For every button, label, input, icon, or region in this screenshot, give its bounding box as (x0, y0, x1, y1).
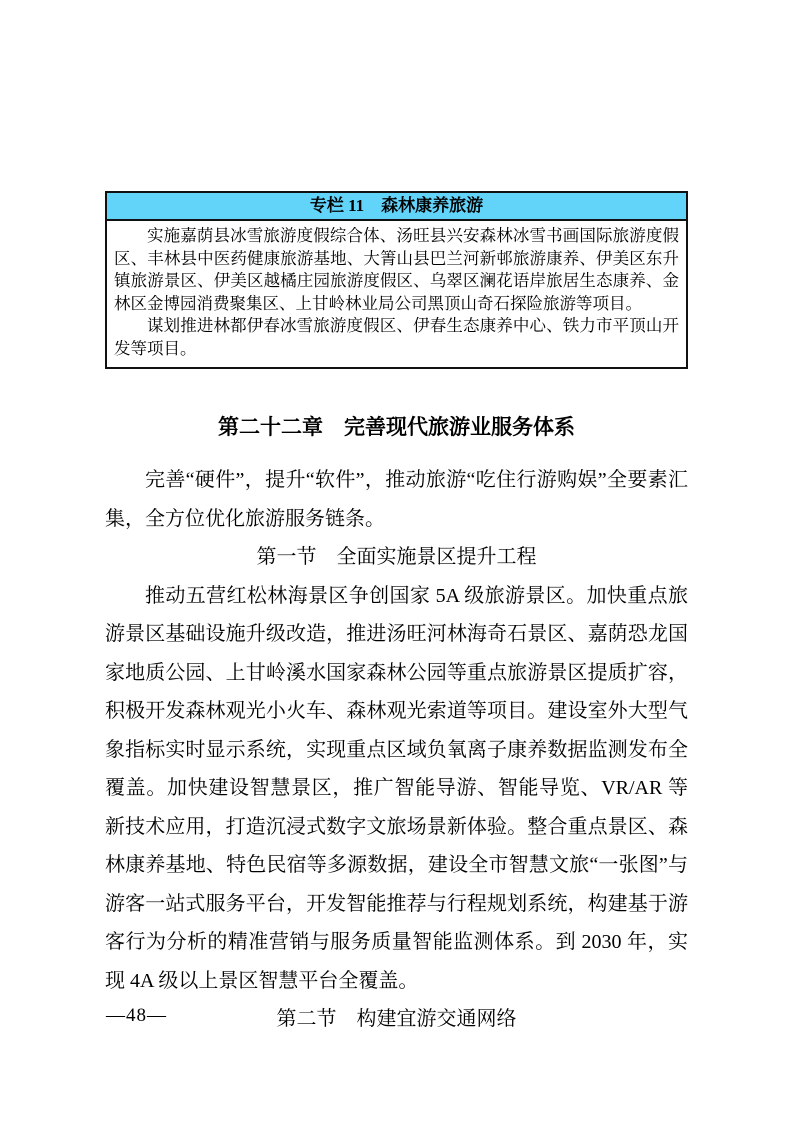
section-title-1: 第一节 全面实施景区提升工程 (105, 538, 688, 577)
column-box-header: 专栏 11 森林康养旅游 (107, 193, 686, 221)
chapter-title: 第二十二章 完善现代旅游业服务体系 (105, 413, 688, 441)
column-box-paragraph: 实施嘉荫县冰雪旅游度假综合体、汤旺县兴安森林冰雪书画国际旅游度假区、丰林县中医药… (114, 225, 679, 315)
chapter-intro-paragraph: 完善“硬件”，提升“软件”，推动旅游“吃住行游购娱”全要素汇集，全方位优化旅游服… (105, 461, 688, 538)
column-box-body: 实施嘉荫县冰雪旅游度假综合体、汤旺县兴安森林冰雪书画国际旅游度假区、丰林县中医药… (107, 221, 686, 367)
column-box-paragraph: 谋划推进林都伊春冰雪旅游度假区、伊春生态康养中心、铁力市平顶山开发等项目。 (114, 315, 679, 360)
section-title-2: 第二节 构建宜游交通网络 (105, 1000, 688, 1039)
page-number: —48— (106, 1005, 167, 1027)
document-page: 专栏 11 森林康养旅游 实施嘉荫县冰雪旅游度假综合体、汤旺县兴安森林冰雪书画国… (0, 0, 793, 1122)
page-content: 专栏 11 森林康养旅游 实施嘉荫县冰雪旅游度假综合体、汤旺县兴安森林冰雪书画国… (105, 191, 688, 1039)
section-1-body-paragraph: 推动五营红松林海景区争创国家 5A 级旅游景区。加快重点旅游景区基础设施升级改造… (105, 577, 688, 1001)
column-box: 专栏 11 森林康养旅游 实施嘉荫县冰雪旅游度假综合体、汤旺县兴安森林冰雪书画国… (105, 191, 688, 369)
column-box-title: 专栏 11 森林康养旅游 (310, 196, 483, 215)
